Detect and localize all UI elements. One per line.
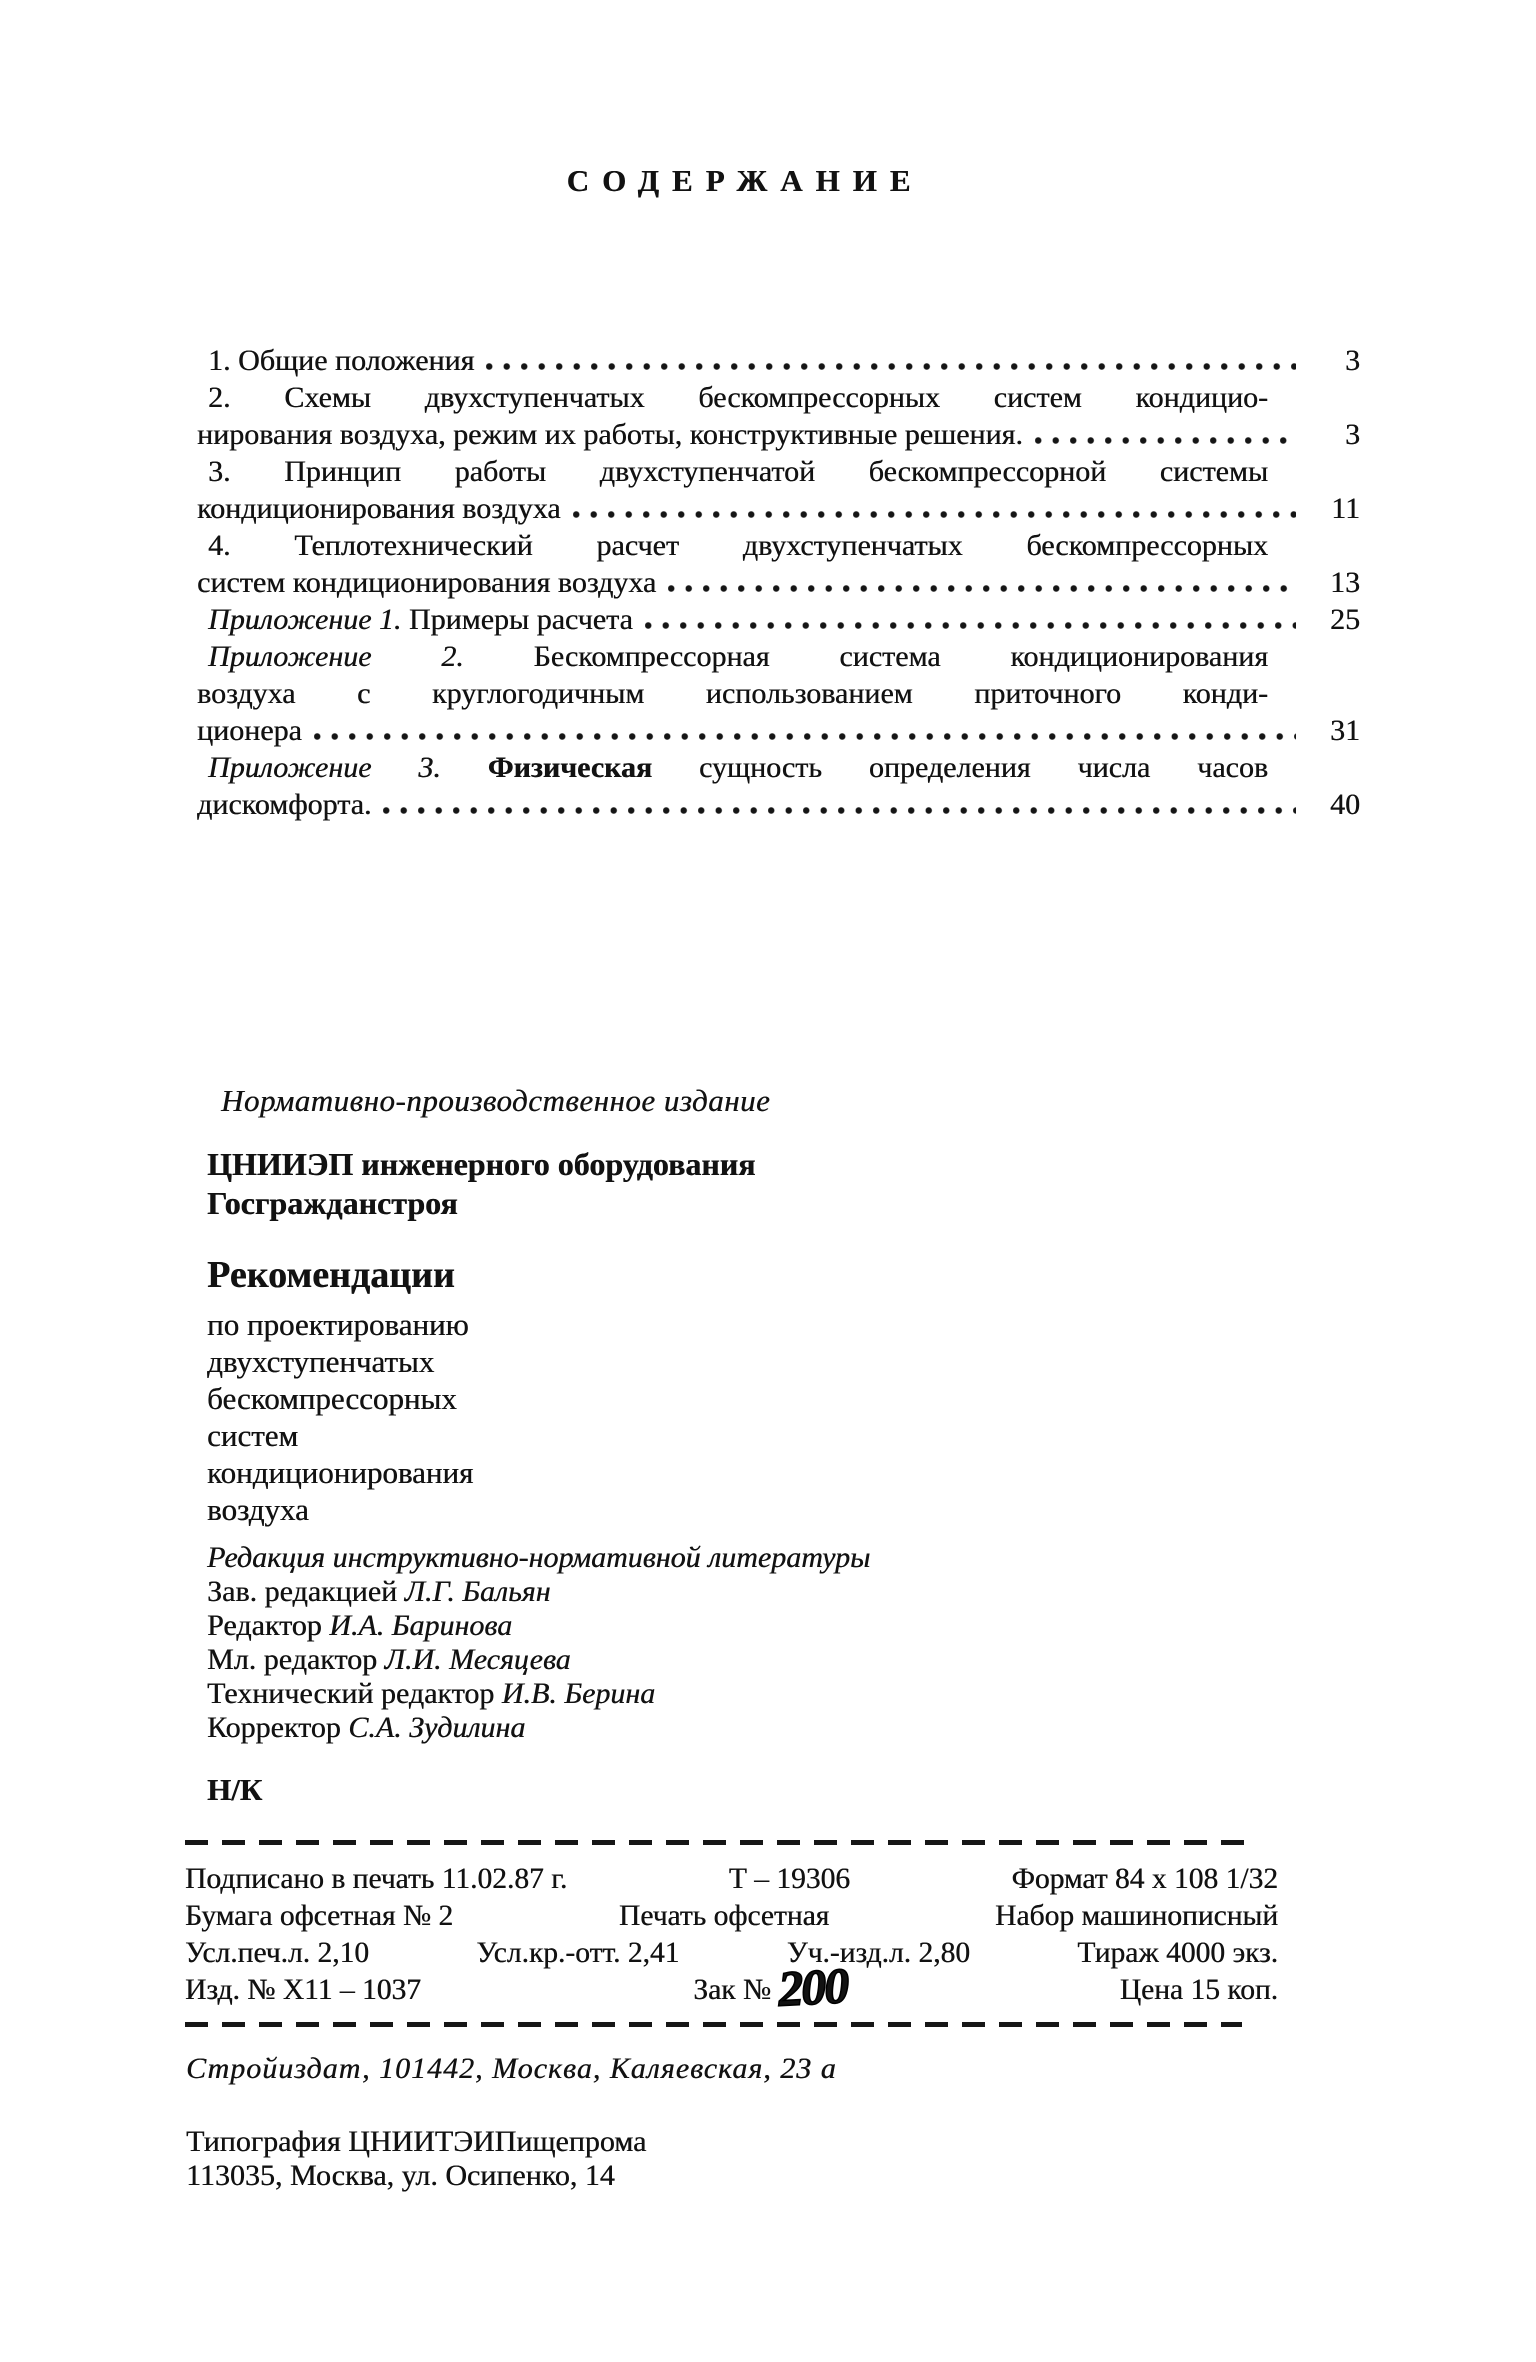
text-run: ционера [197,714,302,747]
toc-entry-text: систем кондиционирования воздуха [197,564,656,601]
imprint-cell: Набор машинописный [995,1898,1278,1935]
book-subtitle: по проектированиюдвухступенчатыхбескомпр… [207,1306,987,1528]
text-run: Приложение 1. [208,603,401,636]
credit-line: Редакция инструктивно-нормативной литера… [207,1541,987,1575]
toc-page-number: 25 [1304,601,1360,638]
credit-line: Редактор И.А. Баринова [207,1609,987,1643]
text-run: Зак № [693,1974,778,2006]
text-run: Бескомпрессорная система кондиционирован… [464,640,1268,673]
dot-leader [573,490,1296,527]
book-subtitle-line: по проектированию [207,1306,987,1343]
imprint-lines: Подписано в печать 11.02.87 г.Т – 19306Ф… [185,1861,1278,2009]
imprint-cell: Усл.кр.-отт. 2,41 [476,1935,679,1972]
text-run: И.А. Баринова [329,1609,512,1642]
book-subtitle-line: бескомпрессорных [207,1380,987,1417]
imprint-cell: Т – 19306 [729,1861,850,1898]
dot-leader [383,786,1296,823]
imprint-cell: Цена 15 коп. [1120,1972,1278,2009]
toc-entry: 4. Теплотехнический расчет двухступенчат… [197,527,1360,601]
text-run: Печать офсетная [619,1900,829,1932]
text-run: нирования воздуха, режим их работы, конс… [197,418,1023,451]
printer-block: Типография ЦНИИТЭИПищепрома 113035, Моск… [186,2125,837,2193]
toc-list: 1. Общие положения32. Схемы двухступенча… [197,342,1360,823]
text-run: Т – 19306 [729,1863,850,1895]
credit-line: Зав. редакцией Л.Г. Бальян [207,1575,987,1609]
toc-page-number: 3 [1304,342,1360,379]
imprint-cell: Подписано в печать 11.02.87 г. [185,1861,567,1898]
text-run: Приложение 2. [208,640,464,673]
text-run: систем кондиционирования воздуха [197,566,656,599]
imprint-cell: Печать офсетная [619,1898,829,1935]
toc-line: ционера31 [197,712,1360,749]
printer-name: Типография ЦНИИТЭИПищепрома [186,2125,837,2159]
page-title: СОДЕРЖАНИЕ [130,163,1360,199]
colophon: Нормативно-производственное издание ЦНИИ… [207,1083,987,1808]
printer-address: 113035, Москва, ул. Осипенко, 14 [186,2159,837,2193]
text-run: И.В. Берина [502,1677,655,1710]
toc-entry-text: 1. Общие положения [208,342,474,379]
scanned-page: СОДЕРЖАНИЕ 1. Общие положения32. Схемы д… [0,0,1536,2362]
imprint-cell: Изд. № Х11 – 1037 [185,1972,421,2009]
text-run: Зав. редакцией [207,1575,405,1608]
credit-line: Мл. редактор Л.И. Месяцева [207,1643,987,1677]
toc-line: Приложение 1. Примеры расчета25 [197,601,1360,638]
book-title: Рекомендации [207,1253,987,1297]
dashed-divider-top [185,1840,1245,1845]
text-run: 2. Схемы двухступенчатых бескомпрессорны… [208,381,1268,414]
toc-line: Приложение 2. Бескомпрессорная система к… [197,638,1360,675]
toc-entry: 1. Общие положения3 [197,342,1360,379]
text-run: воздуха с круглогодичным использованием … [197,677,1268,710]
book-subtitle-line: систем [207,1417,987,1454]
publisher-line: ЦНИИЭП инженерного оборудования [207,1145,987,1184]
imprint-line: Подписано в печать 11.02.87 г.Т – 19306Ф… [185,1861,1278,1898]
text-run: Усл.кр.-отт. 2,41 [476,1937,679,1969]
toc-line: 4. Теплотехнический расчет двухступенчат… [197,527,1360,564]
text-run: Технический редактор [207,1677,502,1710]
toc-entry: Приложение 3. Физическая сущность опреде… [197,749,1360,823]
toc-line: воздуха с круглогодичным использованием … [197,675,1360,712]
toc-line: нирования воздуха, режим их работы, конс… [197,416,1360,453]
toc-line: 2. Схемы двухступенчатых бескомпрессорны… [197,379,1360,416]
publisher-address: Стройиздат, 101442, Москва, Каляевская, … [186,2052,837,2086]
toc-entry-text: кондиционирования воздуха [197,490,561,527]
text-run: С.А. Зудилина [348,1711,525,1744]
text-run: Мл. редактор [207,1643,385,1676]
text-run: Подписано в печать 11.02.87 г. [185,1863,567,1895]
text-run: Приложение 3. [208,751,441,784]
text-run: 4. Теплотехнический расчет двухступенчат… [208,529,1268,562]
toc-entry-text: дискомфорта. [197,786,371,823]
credit-line: Технический редактор И.В. Берина [207,1677,987,1711]
book-subtitle-line: двухступенчатых [207,1343,987,1380]
text-run: Редакция инструктивно-нормативной литера… [207,1541,870,1574]
imprint-cell: Тираж 4000 экз. [1077,1935,1278,1972]
text-run: Редактор [207,1609,329,1642]
text-run: дискомфорта. [197,788,371,821]
toc-page-number: 3 [1304,416,1360,453]
dot-leader [314,712,1296,749]
toc-entry: Приложение 2. Бескомпрессорная система к… [197,638,1360,749]
toc-line: Приложение 3. Физическая сущность опреде… [197,749,1360,786]
publisher-name: ЦНИИЭП инженерного оборудования Госгражд… [207,1145,987,1223]
toc-entry-text: ционера [197,712,302,749]
imprint-line: Бумага офсетная № 2Печать офсетнаяНабор … [185,1898,1278,1935]
footer: Стройиздат, 101442, Москва, Каляевская, … [186,2052,837,2193]
text-run: Л.И. Месяцева [385,1643,571,1676]
dot-leader [486,342,1296,379]
handwritten-order-number: 200 [779,1985,848,1989]
text-run: Примеры расчета [401,603,632,636]
imprint-cell: Усл.печ.л. 2,10 [185,1935,369,1972]
text-run: Физическая [441,751,652,784]
imprint-line: Изд. № Х11 – 1037Зак № 200Цена 15 коп. [185,1972,1278,2009]
dot-leader [1035,416,1296,453]
toc-page-number: 40 [1304,786,1360,823]
text-run: кондиционирования воздуха [197,492,561,525]
text-run: Корректор [207,1711,348,1744]
toc-line: кондиционирования воздуха11 [197,490,1360,527]
book-subtitle-line: кондиционирования [207,1454,987,1491]
toc-entry-text: нирования воздуха, режим их работы, конс… [197,416,1023,453]
text-run: Изд. № Х11 – 1037 [185,1974,421,2006]
toc-line: систем кондиционирования воздуха13 [197,564,1360,601]
text-run: Набор машинописный [995,1900,1278,1932]
toc-page-number: 11 [1304,490,1360,527]
dot-leader [645,601,1296,638]
text-run: Тираж 4000 экз. [1077,1937,1278,1969]
toc-page-number: 31 [1304,712,1360,749]
dot-leader [668,564,1296,601]
text-run: 1. Общие положения [208,344,474,377]
toc-line: 3. Принцип работы двухступенчатой беском… [197,453,1360,490]
text-run: 3. Принцип работы двухступенчатой беском… [208,455,1268,488]
toc-page-number: 13 [1304,564,1360,601]
text-run: Л.Г. Бальян [405,1575,551,1608]
text-run: сущность определения числа часов [652,751,1268,784]
book-subtitle-line: воздуха [207,1491,987,1528]
toc-entry: 3. Принцип работы двухступенчатой беском… [197,453,1360,527]
toc-line: дискомфорта.40 [197,786,1360,823]
text-run: Формат 84 х 108 1/32 [1011,1863,1278,1895]
text-run: Усл.печ.л. 2,10 [185,1937,369,1969]
toc-entry: 2. Схемы двухступенчатых бескомпрессорны… [197,379,1360,453]
imprint-cell: Зак № 200 [693,1972,847,2009]
toc-entry: Приложение 1. Примеры расчета25 [197,601,1360,638]
imprint-cell: Формат 84 х 108 1/32 [1011,1861,1278,1898]
imprint-block: Подписано в печать 11.02.87 г.Т – 19306Ф… [185,1840,1278,2027]
toc-line: 1. Общие положения3 [197,342,1360,379]
imprint-line: Усл.печ.л. 2,10Усл.кр.-отт. 2,41Уч.-изд.… [185,1935,1278,1972]
publisher-line: Госгражданстроя [207,1184,987,1223]
dashed-divider-bottom [185,2022,1242,2027]
toc-entry-text: Приложение 1. Примеры расчета [208,601,633,638]
text-run: Цена 15 коп. [1120,1974,1278,2006]
credits-list: Редакция инструктивно-нормативной литера… [207,1541,987,1745]
imprint-cell: Бумага офсетная № 2 [185,1898,453,1935]
credit-line: Корректор С.А. Зудилина [207,1711,987,1745]
text-run: Бумага офсетная № 2 [185,1900,453,1932]
edition-note: Нормативно-производственное издание [207,1083,987,1119]
series-code: Н/К [207,1772,987,1808]
